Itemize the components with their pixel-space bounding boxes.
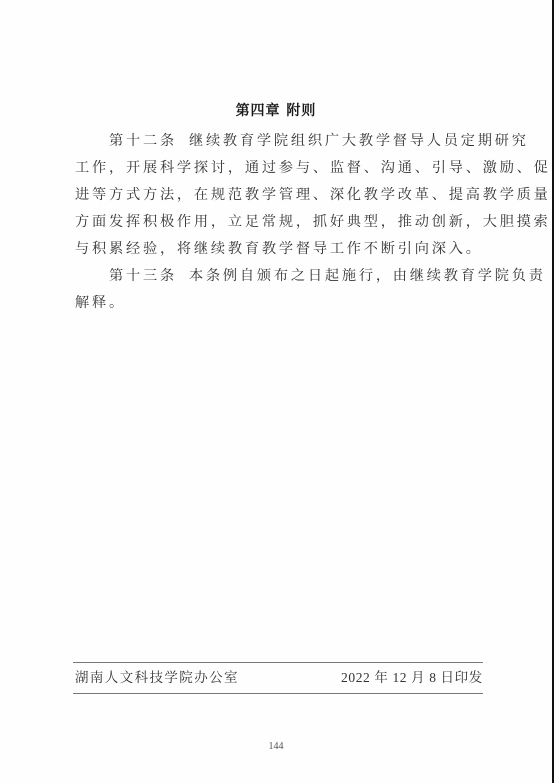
- page-number: 144: [0, 741, 552, 752]
- article-12: 第十二条继续教育学院组织广大教学督导人员定期研究 工作，开展科学探讨，通过参与、…: [75, 128, 485, 263]
- article-text-line: 工作，开展科学探讨，通过参与、监督、沟通、引导、激励、促: [75, 155, 485, 182]
- article-number: 第十三条: [109, 268, 177, 284]
- article-13: 第十三条本条例自颁布之日起施行，由继续教育学院负责 解释。: [75, 263, 485, 317]
- article-text: 本条例自颁布之日起施行，由继续教育学院负责: [189, 268, 546, 284]
- footer-divider-top: [73, 662, 483, 663]
- article-12-line-1: 第十二条继续教育学院组织广大教学督导人员定期研究: [75, 128, 485, 155]
- article-text-line: 方面发挥积极作用，立足常规，抓好典型，推动创新，大胆摸索: [75, 209, 485, 236]
- document-page: 第四章 附则 第十二条继续教育学院组织广大教学督导人员定期研究 工作，开展科学探…: [0, 0, 554, 783]
- article-13-line-1: 第十三条本条例自颁布之日起施行，由继续教育学院负责: [75, 263, 485, 290]
- issuer-name: 湖南人文科技学院办公室: [75, 668, 239, 688]
- article-text-line: 进等方式方法，在规范教学管理、深化教学改革、提高教学质量: [75, 182, 485, 209]
- footer-divider-bottom: [73, 693, 483, 694]
- document-body: 第十二条继续教育学院组织广大教学督导人员定期研究 工作，开展科学探讨，通过参与、…: [75, 128, 485, 317]
- article-text: 继续教育学院组织广大教学督导人员定期研究: [189, 133, 529, 149]
- article-text-line: 解释。: [75, 290, 485, 317]
- article-number: 第十二条: [109, 133, 177, 149]
- chapter-title: 第四章 附则: [0, 101, 552, 121]
- article-text-line: 与积累经验，将继续教育教学督导工作不断引向深入。: [75, 236, 485, 263]
- issue-date: 2022 年 12 月 8 日印发: [341, 668, 483, 688]
